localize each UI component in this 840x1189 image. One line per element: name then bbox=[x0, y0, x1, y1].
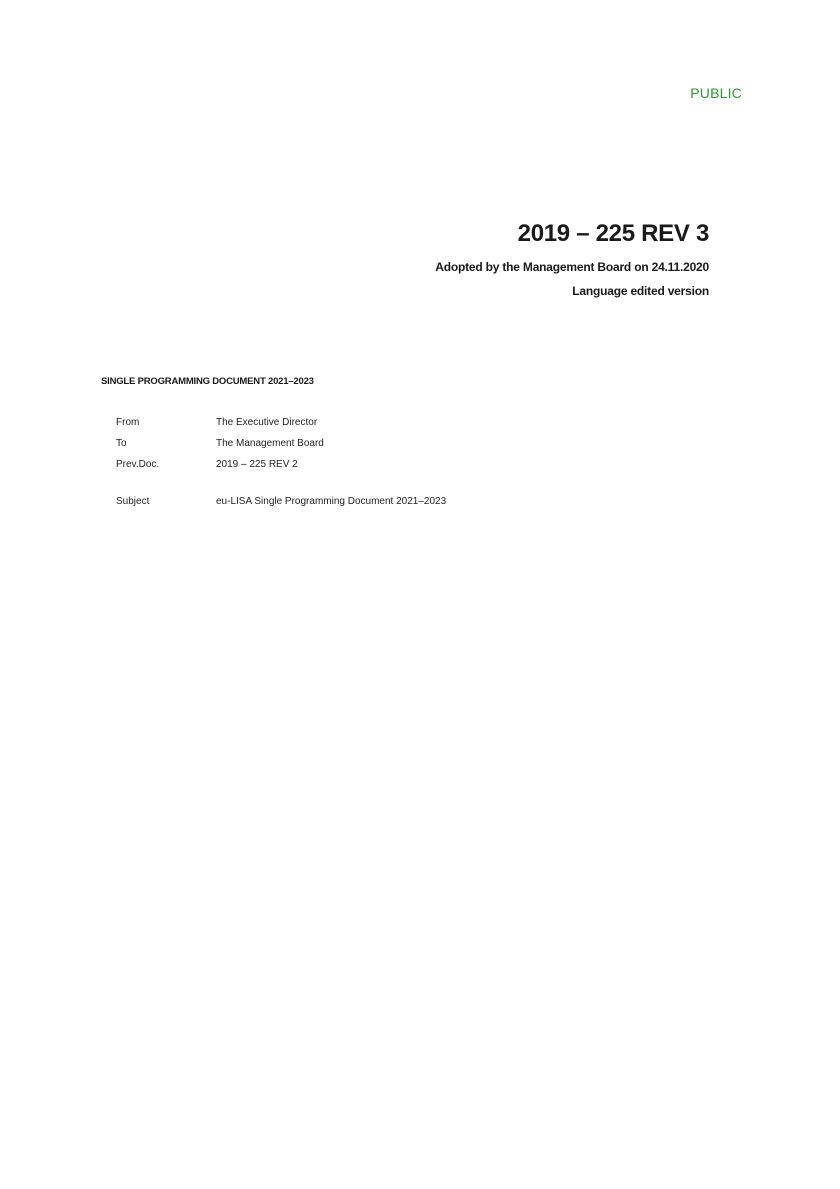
meta-label: To bbox=[116, 438, 216, 449]
meta-row-prev-doc: Prev.Doc. 2019 – 225 REV 2 bbox=[116, 454, 446, 475]
meta-value: The Executive Director bbox=[216, 417, 317, 428]
meta-label: Subject bbox=[116, 496, 216, 507]
document-reference-title: 2019 – 225 REV 3 bbox=[518, 220, 709, 248]
meta-value: 2019 – 225 REV 2 bbox=[216, 459, 298, 470]
document-type-heading: SINGLE PROGRAMMING DOCUMENT 2021–2023 bbox=[101, 376, 314, 387]
meta-row-to: To The Management Board bbox=[116, 433, 446, 454]
meta-value: eu-LISA Single Programming Document 2021… bbox=[216, 496, 446, 507]
classification-label: PUBLIC bbox=[690, 85, 742, 101]
version-note: Language edited version bbox=[572, 284, 709, 298]
meta-value: The Management Board bbox=[216, 438, 324, 449]
meta-row-from: From The Executive Director bbox=[116, 412, 446, 433]
meta-label: Prev.Doc. bbox=[116, 459, 216, 470]
document-metadata-table: From The Executive Director To The Manag… bbox=[116, 412, 446, 512]
meta-label: From bbox=[116, 417, 216, 428]
meta-row-subject: Subject eu-LISA Single Programming Docum… bbox=[116, 491, 446, 512]
adoption-note: Adopted by the Management Board on 24.11… bbox=[435, 260, 709, 274]
